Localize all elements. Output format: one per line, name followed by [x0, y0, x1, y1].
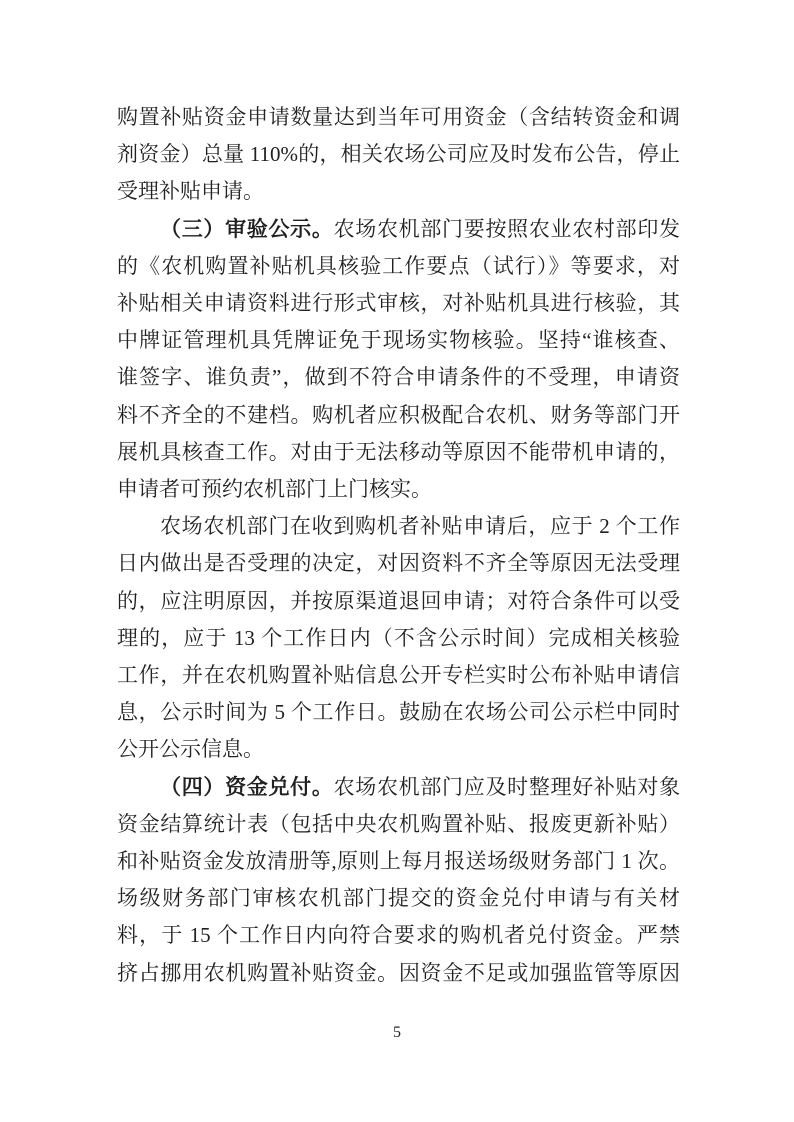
text-line: 理的，应于 13 个工作日内（不含公示时间）完成相关核验: [117, 620, 680, 657]
text-line: （三）审验公示。农场农机部门要按照农业农村部印发: [117, 211, 680, 248]
page-number: 5: [0, 1022, 794, 1044]
text-line: 购置补贴资金申请数量达到当年可用资金（含结转资金和调: [117, 99, 680, 136]
text-line: 补贴相关申请资料进行形式审核，对补贴机具进行核验，其: [117, 285, 680, 322]
text-line: 工作，并在农机购置补贴信息公开专栏实时公布补贴申请信: [117, 657, 680, 694]
text-line: 和补贴资金发放清册等,原则上每月报送场级财务部门 1 次。: [117, 843, 680, 880]
text-line: 场级财务部门审核农机部门提交的资金兑付申请与有关材: [117, 880, 680, 917]
text-line: 公开公示信息。: [117, 731, 680, 768]
text-line: 申请者可预约农机部门上门核实。: [117, 471, 680, 508]
text-line: 农场农机部门在收到购机者补贴申请后，应于 2 个工作: [117, 508, 680, 545]
text-line: 剂资金）总量 110%的，相关农场公司应及时发布公告，停止: [117, 136, 680, 173]
text-line: 料不齐全的不建档。购机者应积极配合农机、财务等部门开: [117, 397, 680, 434]
text-line: （四）资金兑付。农场农机部门应及时整理好补贴对象: [117, 769, 680, 806]
text-line: 息，公示时间为 5 个工作日。鼓励在农场公司公示栏中同时: [117, 694, 680, 731]
text-line: 中牌证管理机具凭牌证免于现场实物核验。坚持“谁核查、: [117, 322, 680, 359]
text-line: 日内做出是否受理的决定，对因资料不齐全等原因无法受理: [117, 545, 680, 582]
text-line: 受理补贴申请。: [117, 173, 680, 210]
text-line: 谁签字、谁负责”，做到不符合申请条件的不受理，申请资: [117, 359, 680, 396]
text-line: 的，应注明原因，并按原渠道退回申请；对符合条件可以受: [117, 583, 680, 620]
text-block: 购置补贴资金申请数量达到当年可用资金（含结转资金和调剂资金）总量 110%的，相…: [117, 99, 680, 992]
section-heading: （三）审验公示。: [160, 217, 334, 241]
text-line: 展机具核查工作。对由于无法移动等原因不能带机申请的，: [117, 434, 680, 471]
section-heading: （四）资金兑付。: [160, 775, 334, 799]
text-line: 资金结算统计表（包括中央农机购置补贴、报废更新补贴）: [117, 806, 680, 843]
document-page: 购置补贴资金申请数量达到当年可用资金（含结转资金和调剂资金）总量 110%的，相…: [0, 0, 794, 1122]
text-line: 的《农机购置补贴机具核验工作要点（试行）》等要求，对: [117, 248, 680, 285]
text-line: 挤占挪用农机购置补贴资金。因资金不足或加强监管等原因: [117, 955, 680, 992]
text-line: 料，于 15 个工作日内向符合要求的购机者兑付资金。严禁: [117, 917, 680, 954]
